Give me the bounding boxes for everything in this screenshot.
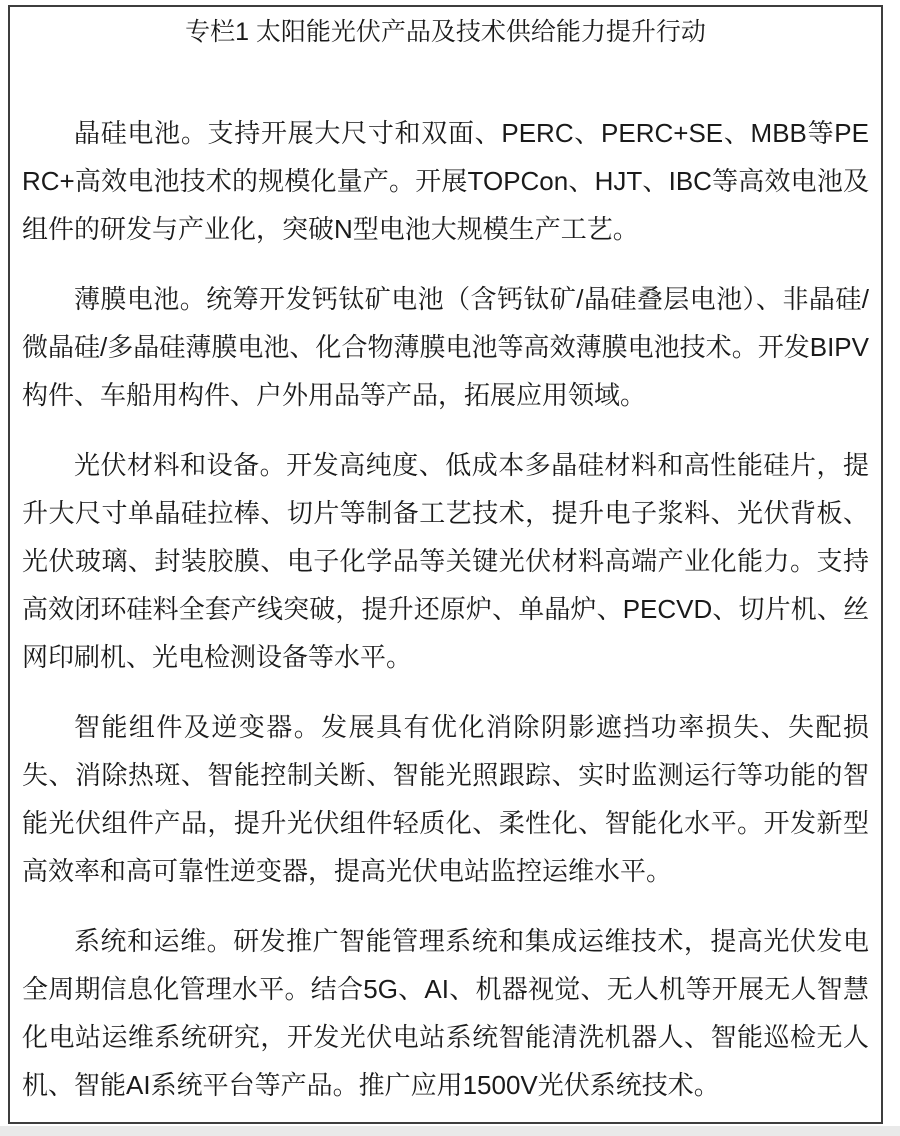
- paragraph-thin-film-cells: 薄膜电池。统筹开发钙钛矿电池（含钙钛矿/晶硅叠层电池）、非晶硅/微晶硅/多晶硅薄…: [22, 275, 869, 419]
- policy-column-box: 专栏1 太阳能光伏产品及技术供给能力提升行动 晶硅电池。支持开展大尺寸和双面、P…: [8, 5, 883, 1124]
- column-title: 专栏1 太阳能光伏产品及技术供给能力提升行动: [22, 13, 869, 51]
- paragraph-pv-materials-equipment: 光伏材料和设备。开发高纯度、低成本多晶硅材料和高性能硅片，提升大尺寸单晶硅拉棒、…: [22, 441, 869, 681]
- page-bottom-strip: [0, 1126, 900, 1136]
- document-page: 专栏1 太阳能光伏产品及技术供给能力提升行动 晶硅电池。支持开展大尺寸和双面、P…: [0, 0, 900, 1136]
- paragraph-systems-operation-maintenance: 系统和运维。研发推广智能管理系统和集成运维技术，提高光伏发电全周期信息化管理水平…: [22, 917, 869, 1109]
- paragraph-crystalline-silicon-cells: 晶硅电池。支持开展大尺寸和双面、PERC、PERC+SE、MBB等PERC+高效…: [22, 109, 869, 253]
- paragraph-smart-modules-inverters: 智能组件及逆变器。发展具有优化消除阴影遮挡功率损失、失配损失、消除热斑、智能控制…: [22, 703, 869, 895]
